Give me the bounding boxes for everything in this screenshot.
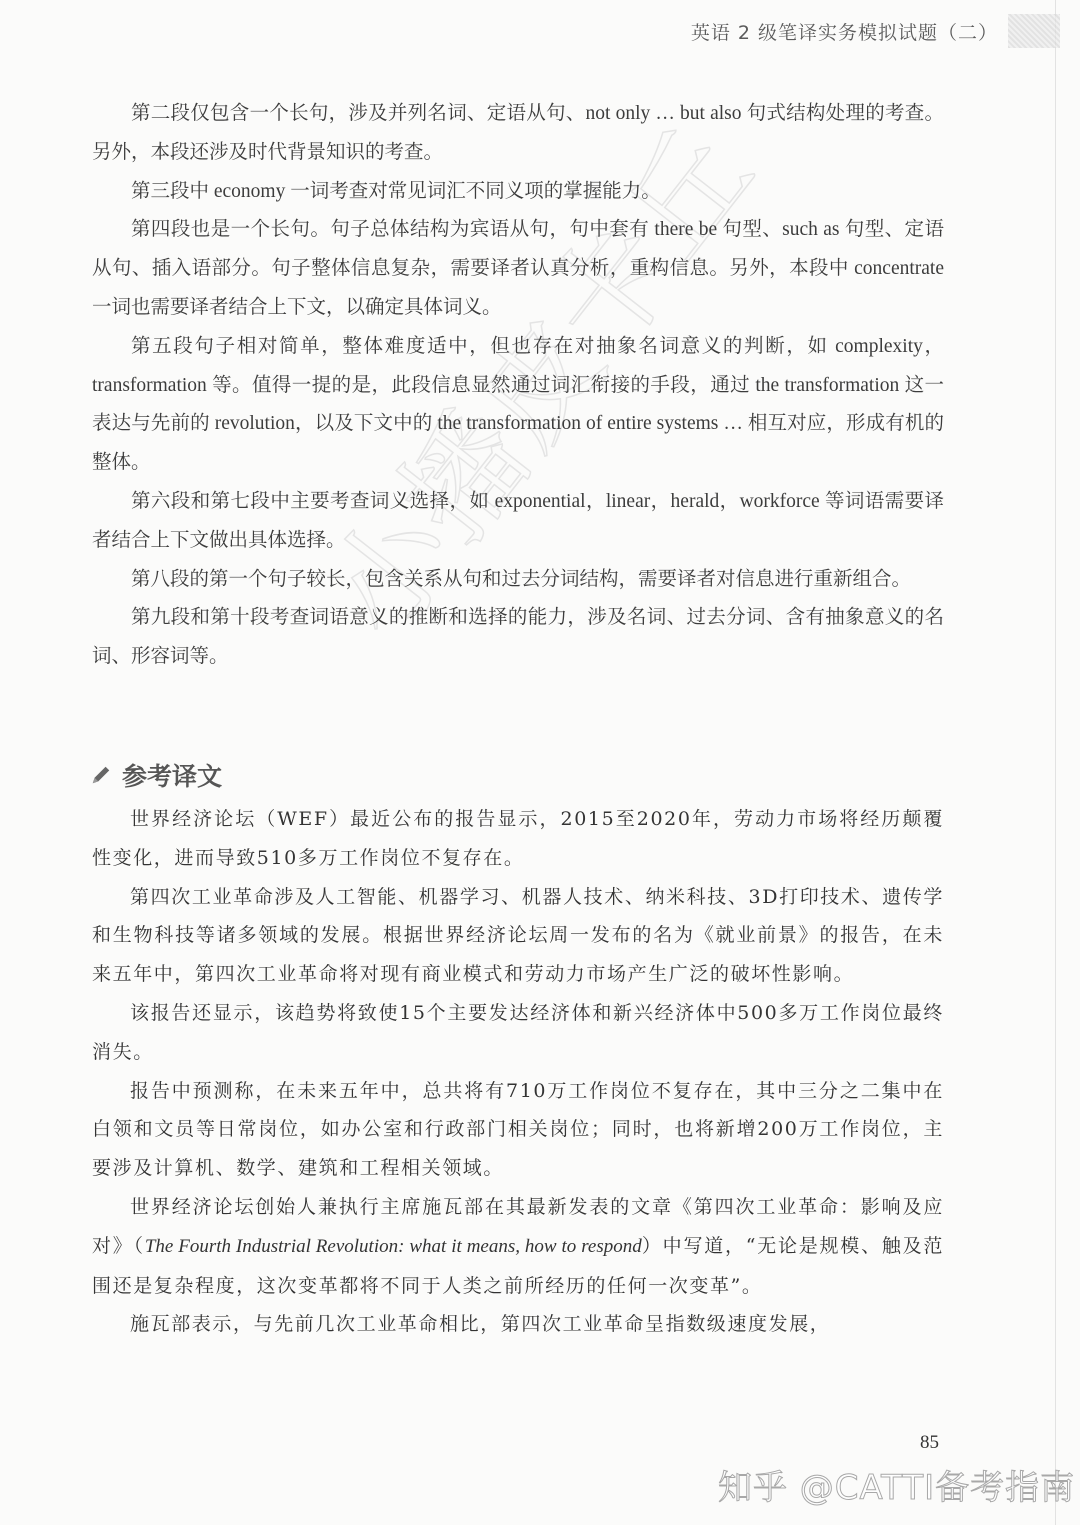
analysis-paragraph: 第八段的第一个句子较长，包含关系从句和过去分词结构，需要译者对信息进行重新组合。	[92, 561, 944, 600]
page-edge-line	[1055, 0, 1056, 1525]
translation-paragraph: 该报告还显示，该趋势将致使15个主要发达经济体和新兴经济体中500多万工作岗位最…	[92, 994, 944, 1072]
translation-paragraph: 世界经济论坛创始人兼执行主席施瓦部在其最新发表的文章《第四次工业革命：影响及应对…	[92, 1188, 944, 1305]
translation-section: 世界经济论坛（WEF）最近公布的报告显示，2015至2020年，劳动力市场将经历…	[92, 800, 944, 1344]
running-header: 英语 2 级笔译实务模拟试题（二）	[691, 18, 998, 45]
section-title: 参考译文	[122, 757, 222, 793]
translation-paragraph: 报告中预测称，在未来五年中，总共将有710万工作岗位不复存在，其中三分之二集中在…	[92, 1072, 944, 1188]
page-number: 85	[920, 1432, 939, 1454]
analysis-paragraph: 第五段句子相对简单，整体难度适中，但也存在对抽象名词意义的判断，如 comple…	[92, 328, 944, 483]
analysis-paragraph: 第三段中 economy 一词考查对常见词汇不同义项的掌握能力。	[92, 173, 944, 212]
translation-paragraph: 施瓦部表示，与先前几次工业革命相比，第四次工业革命呈指数级速度发展，	[92, 1305, 944, 1344]
scan-smudge	[1008, 14, 1060, 48]
translation-paragraph: 第四次工业革命涉及人工智能、机器学习、机器人技术、纳米科技、3D打印技术、遗传学…	[92, 878, 944, 994]
analysis-section: 第二段仅包含一个长句，涉及并列名词、定语从句、not only … but al…	[92, 95, 944, 677]
analysis-paragraph: 第二段仅包含一个长句，涉及并列名词、定语从句、not only … but al…	[92, 95, 944, 173]
analysis-paragraph: 第九段和第十段考查词语意义的推断和选择的能力，涉及名词、过去分词、含有抽象意义的…	[92, 599, 944, 677]
english-title: The Fourth Industrial Revolution: what i…	[145, 1236, 642, 1257]
source-watermark: 知乎 @CATTI备考指南	[718, 1460, 1075, 1509]
pencil-icon	[90, 764, 112, 786]
analysis-paragraph: 第四段也是一个长句。句子总体结构为宾语从句，句中套有 there be 句型、s…	[92, 211, 944, 327]
section-heading: 参考译文	[90, 757, 222, 793]
analysis-paragraph: 第六段和第七段中主要考查词义选择，如 exponential，linear，he…	[92, 483, 944, 561]
translation-paragraph: 世界经济论坛（WEF）最近公布的报告显示，2015至2020年，劳动力市场将经历…	[92, 800, 944, 878]
